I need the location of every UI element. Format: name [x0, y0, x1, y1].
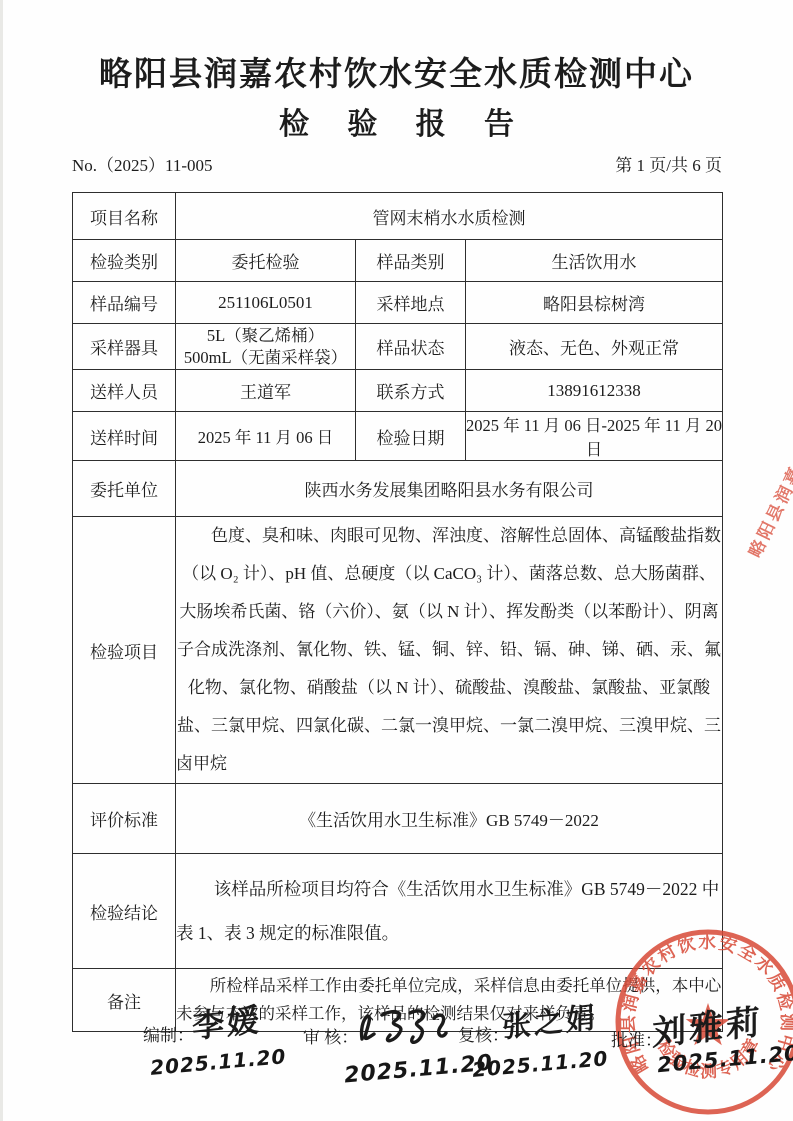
sampling-site-value: 略阳县棕树湾: [466, 282, 723, 324]
table-row: 样品编号 251106L0501 采样地点 略阳县棕树湾: [73, 282, 723, 324]
table-row: 评价标准 《生活饮用水卫生标准》GB 5749－2022: [73, 784, 723, 854]
test-category-label: 检验类别: [73, 240, 176, 282]
org-title: 略阳县润嘉农村饮水安全水质检测中心: [0, 48, 793, 95]
send-date-value: 2025 年 11 月 06 日: [176, 412, 356, 461]
sample-sender-label: 送样人员: [73, 370, 176, 412]
sampling-container-line1: 5L（聚乙烯桶）: [176, 325, 355, 347]
contact-value: 13891612338: [466, 370, 723, 412]
page-indicator: 第 1 页/共 6 页: [615, 151, 722, 176]
send-date-label: 送样时间: [73, 412, 176, 461]
sample-no-label: 样品编号: [73, 282, 176, 324]
test-date-value: 2025 年 11 月 06 日-2025 年 11 月 20 日: [466, 412, 723, 461]
sample-no-value: 251106L0501: [176, 282, 356, 324]
table-row: 采样器具 5L（聚乙烯桶） 500mL（无菌采样袋） 样品状态 液态、无色、外观…: [73, 324, 723, 370]
sample-state-label: 样品状态: [356, 324, 466, 370]
conclusion-label: 检验结论: [73, 854, 176, 969]
sample-sender-value: 王道军: [176, 370, 356, 412]
scan-edge: [0, 0, 3, 1121]
test-items-value: 色度、臭和味、肉眼可见物、浑浊度、溶解性总固体、高锰酸盐指数（以 O₂ 计）、p…: [176, 517, 723, 784]
reviewed-signature: [352, 1003, 448, 1051]
client-label: 委托单位: [73, 461, 176, 517]
sampling-container-line2: 500mL（无菌采样袋）: [176, 347, 355, 369]
report-title: 检 验 报 告: [0, 99, 793, 143]
table-row: 委托单位 陕西水务发展集团略阳县水务有限公司: [73, 461, 723, 517]
client-value: 陕西水务发展集团略阳县水务有限公司: [176, 461, 723, 517]
prepared-date: 2025.11.20: [149, 1044, 287, 1080]
standard-label: 评价标准: [73, 784, 176, 854]
project-label: 项目名称: [73, 193, 176, 240]
table-row: 送样人员 王道军 联系方式 13891612338: [73, 370, 723, 412]
verified-signature: 张之娟: [502, 995, 597, 1046]
report-number: No.（2025）11-005: [72, 151, 213, 176]
standard-value: 《生活饮用水卫生标准》GB 5749－2022: [176, 784, 723, 854]
sample-state-value: 液态、无色、外观正常: [466, 324, 723, 370]
table-row: 检验类别 委托检验 样品类别 生活饮用水: [73, 240, 723, 282]
table-row: 送样时间 2025 年 11 月 06 日 检验日期 2025 年 11 月 0…: [73, 412, 723, 461]
test-category-value: 委托检验: [176, 240, 356, 282]
prepared-label: 编制：: [143, 1021, 194, 1046]
report-page: 略阳县润嘉农村饮水安全水质检测中心 检 验 报 告 No.（2025）11-00…: [0, 0, 793, 1121]
test-date-label: 检验日期: [356, 412, 466, 461]
sample-category-value: 生活饮用水: [466, 240, 723, 282]
report-meta-row: No.（2025）11-005 第 1 页/共 6 页: [72, 151, 722, 176]
partial-stamp-fragment: 略阳县润嘉农村饮水安全水质检测中心: [747, 438, 793, 566]
sampling-container-label: 采样器具: [73, 324, 176, 370]
prepared-signature: 李媛: [192, 994, 262, 1048]
sampling-container-value: 5L（聚乙烯桶） 500mL（无菌采样袋）: [176, 324, 356, 370]
contact-label: 联系方式: [356, 370, 466, 412]
report-table: 项目名称 管网末梢水水质检测 检验类别 委托检验 样品类别 生活饮用水 样品编号…: [72, 192, 723, 1032]
reviewed-label: 审 核：: [303, 1023, 358, 1048]
table-row: 项目名称 管网末梢水水质检测: [73, 193, 723, 240]
partial-stamp-text: 略阳县润嘉农村饮水安全水质检测中心: [747, 438, 793, 561]
project-value: 管网末梢水水质检测: [176, 193, 723, 240]
test-items-label: 检验项目: [73, 517, 176, 784]
table-row: 检验项目 色度、臭和味、肉眼可见物、浑浊度、溶解性总固体、高锰酸盐指数（以 O₂…: [73, 517, 723, 784]
sampling-site-label: 采样地点: [356, 282, 466, 324]
sample-category-label: 样品类别: [356, 240, 466, 282]
